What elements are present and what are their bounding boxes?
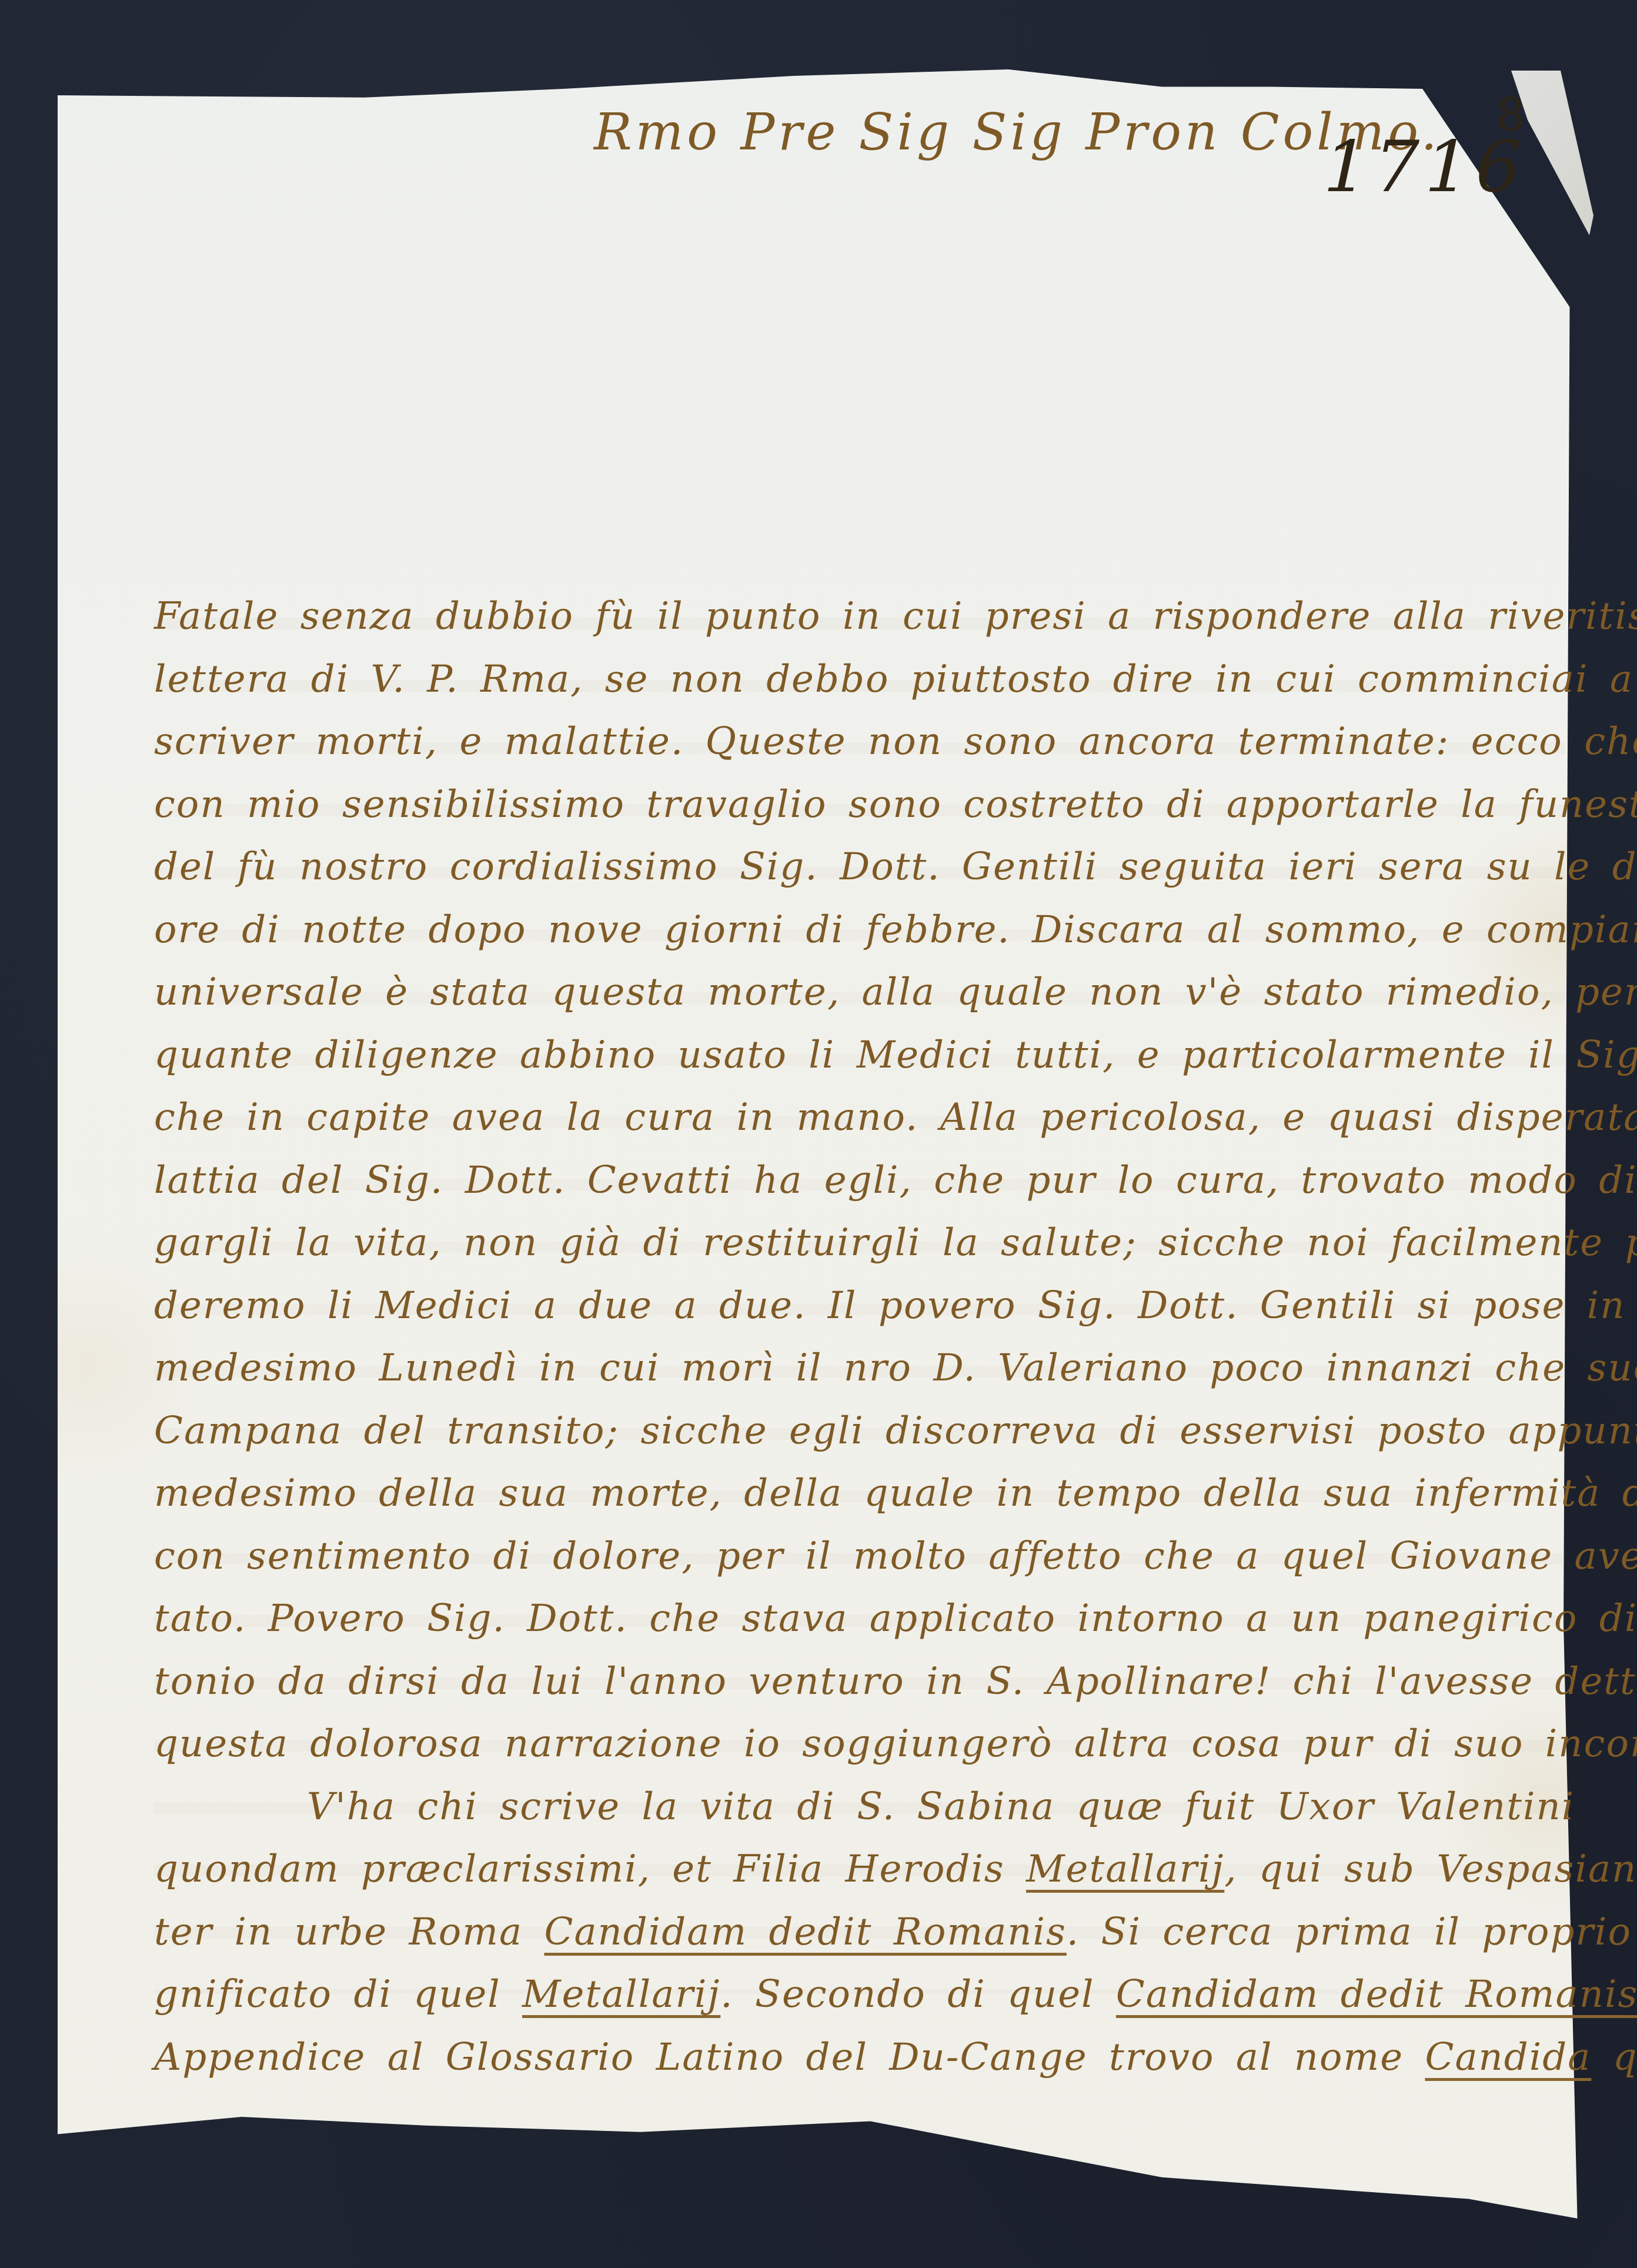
letter-body: Fatale senza dubbio fù il punto in cui p… bbox=[154, 585, 1565, 2089]
paragraph-2-line: gnificato di quel Metallarij. Secondo di… bbox=[154, 1963, 1565, 2026]
body-line: con sentimento di dolore, per il molto a… bbox=[154, 1525, 1565, 1588]
body-line: lattia del Sig. Dott. Cevatti ha egli, c… bbox=[154, 1149, 1565, 1212]
body-line: del fù nostro cordialissimo Sig. Dott. G… bbox=[154, 836, 1565, 899]
body-line: medesimo della sua morte, della quale in… bbox=[154, 1462, 1565, 1525]
body-line: gargli la vita, non già di restituirgli … bbox=[154, 1212, 1565, 1275]
body-line: Campana del transito; sicche egli discor… bbox=[154, 1400, 1565, 1463]
body-line: che in capite avea la cura in mano. Alla… bbox=[154, 1086, 1565, 1149]
paragraph-2-line: Appendice al Glossario Latino del Du-Can… bbox=[154, 2026, 1565, 2089]
body-line: ore di notte dopo nove giorni di febbre.… bbox=[154, 899, 1565, 962]
underlined-term: Candidam dedit Romanis bbox=[1116, 1973, 1637, 2016]
body-line: scriver morti, e malattie. Queste non so… bbox=[154, 711, 1565, 773]
body-line: con mio sensibilissimo travaglio sono co… bbox=[154, 773, 1565, 836]
underlined-term: Candida bbox=[1425, 2036, 1591, 2079]
salutation: Rmo Pre Sig Sig Pron Colmo. bbox=[594, 103, 1441, 162]
body-line: Fatale senza dubbio fù il punto in cui p… bbox=[154, 585, 1565, 648]
body-line: tonio da dirsi da lui l'anno venturo in … bbox=[154, 1650, 1565, 1713]
underlined-term: Metallarij bbox=[522, 1973, 720, 2016]
body-line: questa dolorosa narrazione io soggiunger… bbox=[154, 1713, 1565, 1776]
body-line: lettera di V. P. Rma, se non debbo piutt… bbox=[154, 648, 1565, 711]
underlined-term: Metallarij bbox=[1026, 1847, 1224, 1891]
body-line: medesimo Lunedì in cui morì il nro D. Va… bbox=[154, 1337, 1565, 1400]
year-annotation: 1716 bbox=[1314, 126, 1535, 208]
body-line: universale è stata questa morte, alla qu… bbox=[154, 961, 1565, 1024]
body-line: deremo li Medici a due a due. Il povero … bbox=[154, 1275, 1565, 1338]
paragraph-2-line: quondam præclarissimi, et Filia Herodis … bbox=[154, 1838, 1565, 1901]
body-line: tato. Povero Sig. Dott. che stava applic… bbox=[154, 1587, 1565, 1650]
paragraph-2-line: V'ha chi scrive la vita di S. Sabina quæ… bbox=[154, 1776, 1565, 1839]
body-line: quante diligenze abbino usato li Medici … bbox=[154, 1024, 1565, 1087]
underlined-term: Candidam dedit Romanis bbox=[544, 1910, 1066, 1954]
paragraph-2-line: ter in urbe Roma Candidam dedit Romanis.… bbox=[154, 1901, 1565, 1964]
